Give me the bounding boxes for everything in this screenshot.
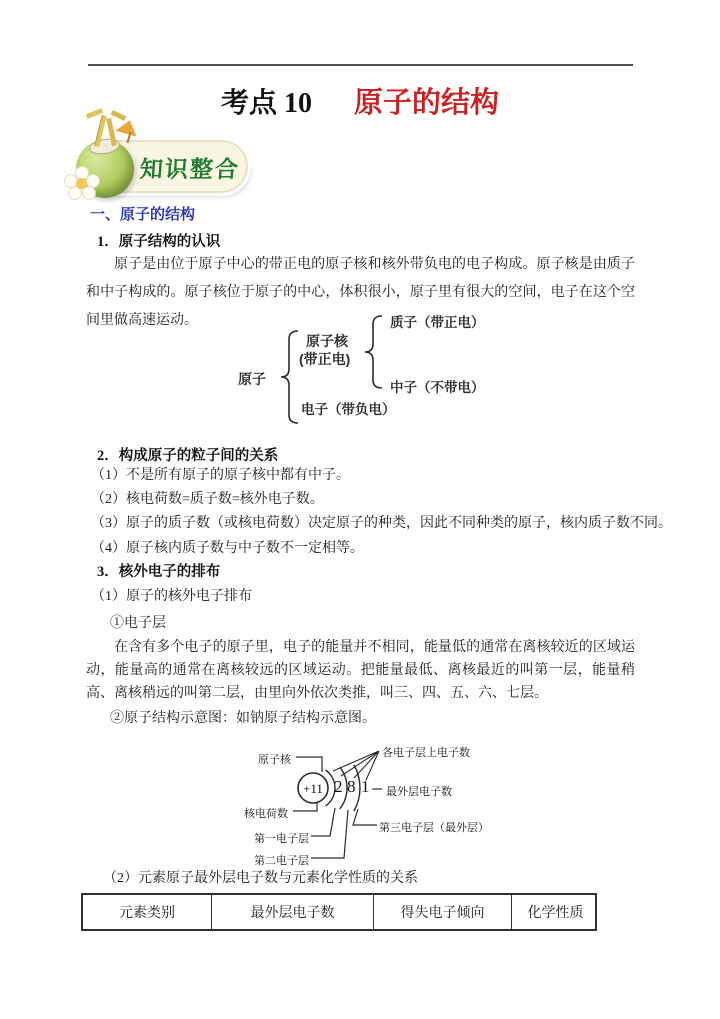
top-rule-divider: [88, 64, 633, 66]
list-item-4: （4）原子核内质子数与中子数不一定相等。: [91, 537, 364, 557]
sub3-item-2: （2）元素原子最外层电子数与元素化学性质的关系: [103, 867, 418, 887]
list-item-3: （3）原子的质子数（或核电荷数）决定原子的种类，因此不同种类的原子，核内质子数不…: [91, 512, 672, 532]
sub2-title: 2．构成原子的粒子间的关系: [97, 444, 278, 465]
circled-2-structure-diagram: ②原子结构示意图：如钠原子结构示意图。: [110, 707, 376, 727]
bracket-neutron-label: 中子（不带电）: [390, 376, 485, 396]
badge-label: 知识整合: [139, 151, 241, 184]
sub1-title: 1．原子结构的认识: [97, 230, 220, 251]
document-page: 考点 10原子的结构 知识整合 一、原子的结构 1．原子结构的认识 原子是由位于…: [0, 0, 720, 1019]
list-item-1: （1）不是所有原子的原子核中都有中子。: [91, 464, 350, 484]
table-header-element-type: 元素类别: [83, 895, 211, 929]
sub3-title: 3．核外电子的排布: [97, 560, 220, 581]
atom-nucleus-label: 原子核: [258, 751, 291, 767]
page-title-number: 考点 10: [221, 88, 312, 119]
curly-brace-outer: [281, 331, 298, 423]
list-item-2: （2）核电荷数=质子数=核外电子数。: [91, 488, 324, 508]
fan-lines-electron-counts: [333, 751, 379, 780]
knowledge-badge: 知识整合: [70, 124, 260, 206]
table-header-outermost-electrons: 最外层电子数: [211, 895, 373, 929]
sub3-item-1: （1）原子的核外电子排布: [91, 585, 252, 605]
paragraph-electron-shells: 在含有多个电子的原子里，电子的能量并不相同，能量低的通常在离核较近的区域运动，能…: [86, 636, 635, 705]
connector-nucleus: [296, 757, 322, 772]
connector-first-shell: [311, 808, 335, 836]
page-title-topic: 原子的结构: [354, 87, 499, 119]
connector-third-shell: [353, 809, 377, 825]
atom-nucleus-charge-value: +11: [298, 781, 328, 797]
atom-third-shell-label: 第三电子层（最外层）: [379, 819, 489, 835]
bracket-root-label: 原子: [238, 369, 266, 389]
bracket-electron-label: 电子（带负电）: [301, 398, 396, 418]
atom-first-shell-label: 第一电子层: [254, 830, 309, 846]
shell-electron-count-1: 2: [334, 777, 343, 797]
atom-outermost-electrons-label: 最外层电子数: [386, 783, 452, 799]
flower-icon: [64, 166, 100, 202]
table-header-chemical-property: 化学性质: [511, 895, 599, 929]
bracket-nucleus-charge-label: (带正电): [299, 349, 350, 369]
atom-electrons-per-shell-label: 各电子层上电子数: [382, 744, 470, 760]
connector-second-shell: [311, 810, 348, 858]
circled-1-electron-shell: ①电子层: [110, 612, 166, 632]
atom-second-shell-label: 第二电子层: [254, 852, 309, 868]
element-properties-table: 元素类别 最外层电子数 得失电子倾向 化学性质: [81, 893, 597, 931]
shell-electron-count-2: 8: [347, 777, 356, 797]
page-title: 考点 10原子的结构: [0, 80, 720, 121]
table-header-electron-tendency: 得失电子倾向: [373, 895, 511, 929]
paragraph-atom-intro: 原子是由位于原子中心的带正电的原子核和核外带负电的电子构成。原子核是由质子和中子…: [86, 251, 635, 335]
bracket-nucleus-label: 原子核: [306, 331, 348, 351]
connector-nuclear-charge: [293, 803, 317, 811]
atom-nuclear-charge-label: 核电荷数: [244, 805, 288, 821]
bracket-proton-label: 质子（带正电）: [390, 311, 485, 331]
shell-electron-count-3: 1: [361, 777, 370, 797]
section-heading: 一、原子的结构: [90, 203, 195, 224]
